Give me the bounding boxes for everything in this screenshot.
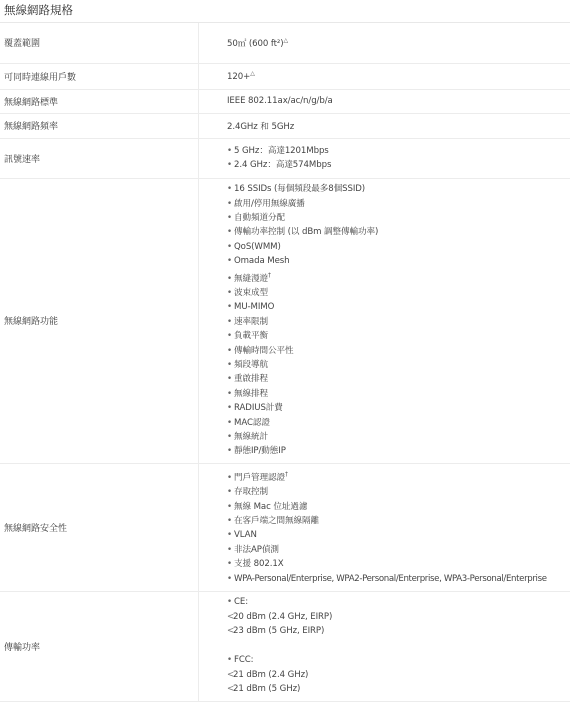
list-item: •支援 802.1X [227, 557, 569, 571]
bullet-icon: • [227, 500, 234, 514]
list-item: •無線排程 [227, 387, 569, 401]
label-standard: 無線網路標準 [0, 89, 199, 113]
bullet-icon: • [227, 387, 234, 401]
bullet-icon: • [227, 182, 234, 196]
list-item: •2.4 GHz：高達574Mbps [227, 158, 569, 172]
value-clients: 120+△ [199, 63, 570, 89]
value-wireless-security: •門戶管理認證† •存取控制 •無線 Mac 位址過濾 •在客戶端之間無線隔離 … [199, 463, 570, 591]
list-item: •靜態IP/動態IP [227, 444, 569, 458]
bullet-icon: • [227, 240, 234, 254]
row-coverage: 覆蓋範圍 50㎡ (600 ft²)△ [0, 23, 570, 63]
label-transmit-power: 傳輸功率 [0, 591, 199, 701]
list-item: •啟用/停用無線廣播 [227, 197, 569, 211]
bullet-icon: • [227, 543, 234, 557]
wireless-security-list: •門戶管理認證† •存取控制 •無線 Mac 位址過濾 •在客戶端之間無線隔離 … [227, 468, 569, 586]
spacer [227, 639, 569, 654]
bullet-icon: • [227, 211, 234, 225]
bullet-icon: • [227, 595, 234, 610]
bullet-icon: • [227, 197, 234, 211]
label-coverage: 覆蓋範圍 [0, 23, 199, 63]
clients-text: 120+ [227, 72, 250, 82]
bullet-icon: • [227, 372, 234, 386]
list-item: •非法AP偵測 [227, 543, 569, 557]
bullet-icon: • [227, 158, 234, 172]
bullet-icon: • [227, 514, 234, 528]
row-transmit-power: 傳輸功率 •CE: <20 dBm (2.4 GHz, EIRP) <23 dB… [0, 591, 570, 701]
value-standard: IEEE 802.11ax/ac/n/g/b/a [199, 89, 570, 113]
section-title: 無線網路規格 [0, 0, 570, 23]
value-wireless-features: •16 SSIDs (每個頻段最多8個SSID) •啟用/停用無線廣播 •自動頻… [199, 178, 570, 463]
bullet-icon: • [227, 444, 234, 458]
bullet-icon: • [227, 300, 234, 314]
bullet-icon: • [227, 416, 234, 430]
spec-table: 覆蓋範圍 50㎡ (600 ft²)△ 可同時連線用戶數 120+△ 無線網路標… [0, 23, 570, 702]
label-wireless-features: 無線網路功能 [0, 178, 199, 463]
list-item: •MAC認證 [227, 416, 569, 430]
label-clients: 可同時連線用戶數 [0, 63, 199, 89]
list-item: •Omada Mesh [227, 254, 569, 268]
bullet-icon: • [227, 225, 234, 239]
list-item: •頻段導航 [227, 358, 569, 372]
fcc-line: <21 dBm (2.4 GHz) [227, 668, 569, 683]
row-frequency: 無線網路頻率 2.4GHz 和 5GHz [0, 113, 570, 138]
bullet-icon: • [227, 254, 234, 268]
bullet-icon: • [227, 557, 234, 571]
bullet-icon: • [227, 272, 234, 286]
list-item: •16 SSIDs (每個頻段最多8個SSID) [227, 182, 569, 196]
bullet-icon: • [227, 653, 234, 668]
row-signal-rate: 訊號速率 •5 GHz：高達1201Mbps •2.4 GHz：高達574Mbp… [0, 138, 570, 178]
row-standard: 無線網路標準 IEEE 802.11ax/ac/n/g/b/a [0, 89, 570, 113]
bullet-icon: • [227, 286, 234, 300]
bullet-icon: • [227, 344, 234, 358]
footnote-dagger-icon: † [285, 471, 288, 478]
list-item: •MU-MIMO [227, 300, 569, 314]
signal-rate-list: •5 GHz：高達1201Mbps •2.4 GHz：高達574Mbps [227, 144, 569, 173]
bullet-icon: • [227, 358, 234, 372]
bullet-icon: • [227, 572, 234, 586]
ce-line: <20 dBm (2.4 GHz, EIRP) [227, 610, 569, 625]
wireless-features-list: •16 SSIDs (每個頻段最多8個SSID) •啟用/停用無線廣播 •自動頻… [227, 182, 569, 459]
fcc-heading: •FCC: [227, 653, 569, 668]
list-item: •傳輸功率控制 (以 dBm 調整傳輸功率) [227, 225, 569, 239]
list-item: •無線統計 [227, 430, 569, 444]
list-item: •門戶管理認證† [227, 468, 569, 485]
value-transmit-power: •CE: <20 dBm (2.4 GHz, EIRP) <23 dBm (5 … [199, 591, 570, 701]
bullet-icon: • [227, 485, 234, 499]
label-signal-rate: 訊號速率 [0, 138, 199, 178]
ce-line: <23 dBm (5 GHz, EIRP) [227, 624, 569, 639]
list-item: •自動頻道分配 [227, 211, 569, 225]
list-item: •負載平衡 [227, 329, 569, 343]
row-wireless-security: 無線網路安全性 •門戶管理認證† •存取控制 •無線 Mac 位址過濾 •在客戶… [0, 463, 570, 591]
bullet-icon: • [227, 315, 234, 329]
list-item: •VLAN [227, 528, 569, 542]
list-item: •速率限制 [227, 315, 569, 329]
list-item: •在客戶端之間無線隔離 [227, 514, 569, 528]
footnote-triangle-icon: △ [284, 37, 289, 44]
list-item: •無線 Mac 位址過濾 [227, 500, 569, 514]
bullet-icon: • [227, 329, 234, 343]
label-wireless-security: 無線網路安全性 [0, 463, 199, 591]
footnote-dagger-icon: † [268, 272, 271, 279]
list-item: •QoS(WMM) [227, 240, 569, 254]
coverage-text: 50㎡ (600 ft²) [227, 39, 284, 49]
bullet-icon: • [227, 471, 234, 485]
bullet-icon: • [227, 401, 234, 415]
row-clients: 可同時連線用戶數 120+△ [0, 63, 570, 89]
list-item: •波束成型 [227, 286, 569, 300]
bullet-icon: • [227, 144, 234, 158]
value-coverage: 50㎡ (600 ft²)△ [199, 23, 570, 63]
bullet-icon: • [227, 528, 234, 542]
list-item: •無縫漫遊† [227, 269, 569, 286]
fcc-line: <21 dBm (5 GHz) [227, 682, 569, 697]
value-frequency: 2.4GHz 和 5GHz [199, 113, 570, 138]
value-signal-rate: •5 GHz：高達1201Mbps •2.4 GHz：高達574Mbps [199, 138, 570, 178]
list-item: •存取控制 [227, 485, 569, 499]
list-item: •5 GHz：高達1201Mbps [227, 144, 569, 158]
footnote-triangle-icon: △ [250, 70, 255, 77]
list-item: •WPA-Personal/Enterprise, WPA2-Personal/… [227, 572, 569, 586]
ce-heading: •CE: [227, 595, 569, 610]
list-item: •重啟排程 [227, 372, 569, 386]
row-wireless-features: 無線網路功能 •16 SSIDs (每個頻段最多8個SSID) •啟用/停用無線… [0, 178, 570, 463]
list-item: •RADIUS計費 [227, 401, 569, 415]
bullet-icon: • [227, 430, 234, 444]
list-item: •傳輸時間公平性 [227, 344, 569, 358]
label-frequency: 無線網路頻率 [0, 113, 199, 138]
